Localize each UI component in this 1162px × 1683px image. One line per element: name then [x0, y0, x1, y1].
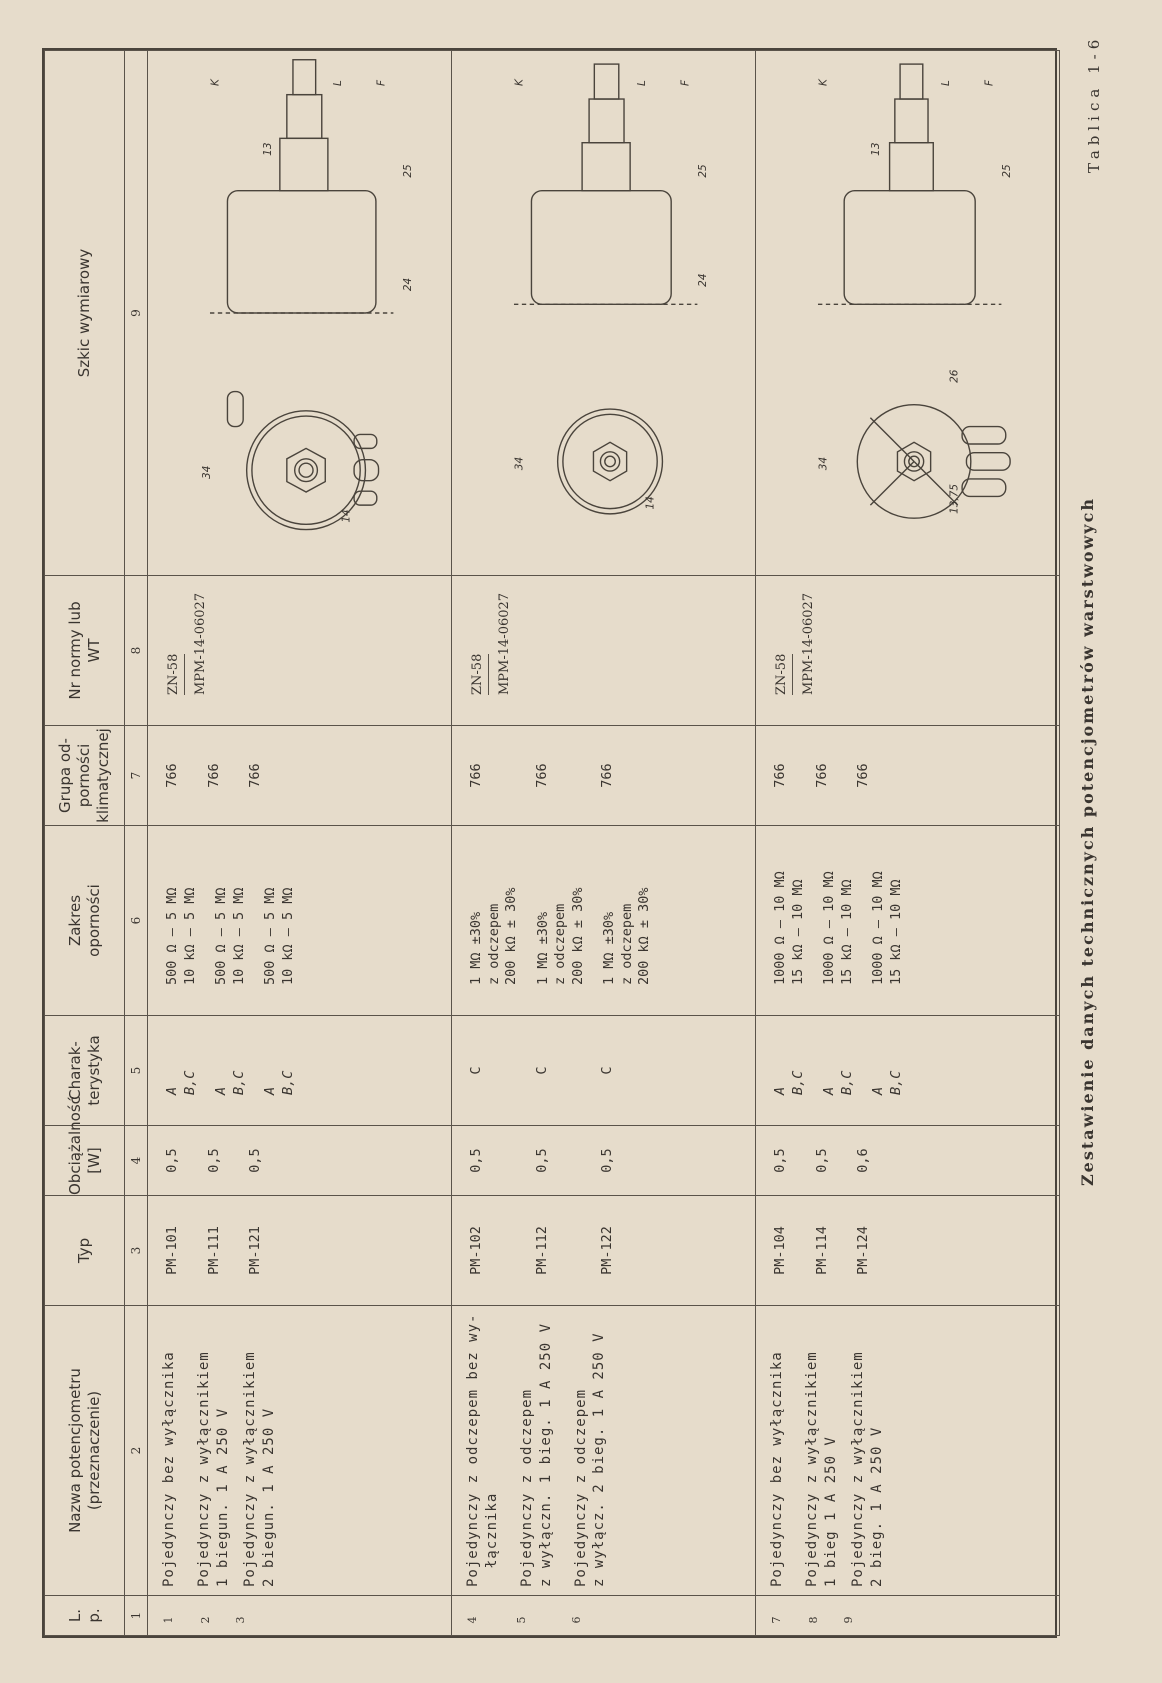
col-num-4: 4: [125, 1126, 148, 1196]
row-name: Pojedynczy z odczepem bez wy- łącznika: [464, 1306, 502, 1595]
norm-mpm: MPM-14-06027: [801, 593, 816, 695]
char-cell: C C C: [452, 1016, 756, 1126]
col-num-2: 2: [125, 1306, 148, 1596]
svg-text:13: 13: [262, 142, 274, 155]
col-num-7: 7: [125, 726, 148, 826]
row-climate-group: 766: [206, 726, 224, 825]
header-range: Zakresoporności: [45, 826, 125, 1016]
lp-cell: 1 2 3: [148, 1596, 452, 1636]
svg-text:K: K: [210, 78, 222, 86]
row-typ: PM-122: [599, 1196, 617, 1305]
norm-cell: ZN-58 MPM-14-06027: [452, 576, 756, 726]
row-load: 0,5: [772, 1126, 790, 1195]
col-num-9: 9: [125, 51, 148, 576]
column-number-row: 1 2 3 4 5 6 7 8 9: [125, 51, 148, 1636]
row-load: 0,5: [247, 1126, 265, 1195]
header-load: Obciążalność[W]: [45, 1126, 125, 1196]
svg-text:K: K: [514, 78, 526, 86]
char-cell: AB,C AB,C AB,C: [148, 1016, 452, 1126]
svg-text:F: F: [376, 79, 388, 86]
row-load: 0,5: [468, 1126, 486, 1195]
typ-cell: PM-104 PM-114 PM-124: [756, 1196, 1060, 1306]
row-number: 5: [515, 1605, 528, 1635]
range-cell: 1 MΩ ±30%z odczepem200 kΩ ± 30% 1 MΩ ±30…: [452, 826, 756, 1016]
row-climate-group: 766: [164, 726, 182, 825]
potentiometer-drawing-icon: 3414 2425 13KLF: [148, 51, 451, 575]
col-num-3: 3: [125, 1196, 148, 1306]
row-typ: PM-101: [164, 1196, 182, 1305]
row-number: 6: [570, 1605, 583, 1635]
row-number: 9: [842, 1605, 855, 1635]
row-range: 500 Ω — 5 MΩ10 kΩ — 5 MΩ: [262, 826, 297, 985]
row-name: Pojedynczy z odczepemz wyłączn. 1 bieg. …: [518, 1306, 556, 1595]
row-typ: PM-102: [468, 1196, 486, 1305]
dimension-sketch-2: 3414 2425 KLF: [452, 51, 756, 576]
row-name: Pojedynczy z odczepemz wyłącz. 2 bieg. 1…: [572, 1306, 610, 1595]
row-typ: PM-112: [534, 1196, 552, 1305]
svg-text:25: 25: [697, 164, 709, 178]
svg-text:13: 13: [870, 142, 882, 155]
row-char: AB,C: [870, 1016, 905, 1095]
header-sketch: Szkic wymiarowy: [45, 51, 125, 576]
row-climate-group: 766: [772, 726, 790, 825]
load-cell: 0,5 0,5 0,6: [756, 1126, 1060, 1196]
name-cell: Pojedynczy z odczepem bez wy- łącznika P…: [452, 1306, 756, 1596]
norm-zn: ZN-58: [774, 654, 793, 695]
row-char: AB,C: [772, 1016, 807, 1095]
name-cell: Pojedynczy bez wyłącznika Pojedynczy z w…: [756, 1306, 1060, 1596]
col-num-5: 5: [125, 1016, 148, 1126]
header-lp: L.p.: [45, 1596, 125, 1636]
table-caption: Zestawienie danych technicznych potencjo…: [1078, 0, 1097, 1683]
row-char: C: [534, 1016, 552, 1125]
row-number: 2: [199, 1605, 212, 1635]
lp-cell: 7 8 9: [756, 1596, 1060, 1636]
row-range: 1000 Ω — 10 MΩ15 kΩ — 10 MΩ: [870, 826, 905, 985]
row-name: Pojedynczy bez wyłącznika: [768, 1306, 787, 1595]
row-climate-group: 766: [855, 726, 873, 825]
row-load: 0,5: [814, 1126, 832, 1195]
row-range: 1000 Ω — 10 MΩ15 kΩ — 10 MΩ: [821, 826, 856, 985]
svg-text:25: 25: [402, 164, 414, 178]
table-group-3: 7 8 9 Pojedynczy bez wyłącznika Pojedync…: [756, 51, 1060, 1636]
row-char: AB,C: [821, 1016, 856, 1095]
col-num-1: 1: [125, 1596, 148, 1636]
header-name: Nazwa potencjometru(przeznaczenie): [45, 1306, 125, 1596]
climate-cell: 766 766 766: [452, 726, 756, 826]
svg-text:F: F: [984, 79, 996, 86]
row-load: 0,6: [855, 1126, 873, 1195]
header-typ: Typ: [45, 1196, 125, 1306]
header-characteristic: Charak-terystyka: [45, 1016, 125, 1126]
row-name: Pojedynczy z wyłącznikiem1 bieg 1 A 250 …: [803, 1306, 841, 1595]
svg-text:34: 34: [514, 457, 526, 470]
lp-cell: 4 5 6: [452, 1596, 756, 1636]
row-range: 1000 Ω — 10 MΩ15 kΩ — 10 MΩ: [772, 826, 807, 985]
char-cell: AB,C AB,C AB,C: [756, 1016, 1060, 1126]
norm-cell: ZN-58 MPM-14-06027: [148, 576, 452, 726]
row-climate-group: 766: [468, 726, 486, 825]
climate-cell: 766 766 766: [756, 726, 1060, 826]
svg-text:L: L: [940, 80, 952, 86]
row-climate-group: 766: [814, 726, 832, 825]
header-norm: Nr normy lubWT: [45, 576, 125, 726]
svg-text:L: L: [636, 80, 648, 86]
header-row: L.p. Nazwa potencjometru(przeznaczenie) …: [45, 51, 125, 1636]
svg-text:L: L: [332, 80, 344, 86]
row-name: Pojedynczy bez wyłącznika: [160, 1306, 179, 1595]
col-num-8: 8: [125, 576, 148, 726]
row-load: 0,5: [206, 1126, 224, 1195]
potentiometer-drawing-icon: 3414 2425 KLF: [452, 51, 755, 575]
climate-cell: 766 766 766: [148, 726, 452, 826]
load-cell: 0,5 0,5 0,5: [148, 1126, 452, 1196]
row-climate-group: 766: [534, 726, 552, 825]
svg-text:26: 26: [949, 369, 961, 383]
dimension-sketch-3: 3413,7526 2513 KLF: [756, 51, 1060, 576]
row-name: Pojedynczy z wyłącznikiem2 biegun. 1 A 2…: [241, 1306, 279, 1595]
svg-text:14: 14: [341, 509, 353, 522]
svg-text:34: 34: [201, 466, 213, 479]
row-char: AB,C: [262, 1016, 297, 1095]
col-num-6: 6: [125, 826, 148, 1016]
svg-text:K: K: [818, 78, 830, 86]
row-range: 1 MΩ ±30%z odczepem200 kΩ ± 30%: [468, 826, 521, 985]
svg-text:24: 24: [402, 278, 414, 291]
row-climate-group: 766: [247, 726, 265, 825]
row-climate-group: 766: [599, 726, 617, 825]
row-typ: PM-111: [206, 1196, 224, 1305]
name-cell: Pojedynczy bez wyłącznika Pojedynczy z w…: [148, 1306, 452, 1596]
typ-cell: PM-101 PM-111 PM-121: [148, 1196, 452, 1306]
row-typ: PM-121: [247, 1196, 265, 1305]
row-range: 500 Ω — 5 MΩ10 kΩ — 5 MΩ: [213, 826, 248, 985]
row-load: 0,5: [534, 1126, 552, 1195]
norm-zn: ZN-58: [166, 654, 185, 695]
row-typ: PM-104: [772, 1196, 790, 1305]
row-number: 7: [770, 1605, 783, 1635]
table-group-1: 1 2 3 Pojedynczy bez wyłącznika Pojedync…: [148, 51, 452, 1636]
row-char: C: [468, 1016, 486, 1125]
row-number: 8: [807, 1605, 820, 1635]
svg-text:34: 34: [818, 457, 830, 470]
norm-mpm: MPM-14-06027: [193, 593, 208, 695]
svg-text:25: 25: [1001, 164, 1013, 178]
row-number: 4: [466, 1605, 479, 1635]
load-cell: 0,5 0,5 0,5: [452, 1126, 756, 1196]
typ-cell: PM-102 PM-112 PM-122: [452, 1196, 756, 1306]
row-load: 0,5: [599, 1126, 617, 1195]
potentiometer-drawing-icon: 3413,7526 2513 KLF: [756, 51, 1059, 575]
svg-text:13,75: 13,75: [949, 484, 961, 514]
header-climate-group: Grupa od-pornościklimatycznej: [45, 726, 125, 826]
range-cell: 500 Ω — 5 MΩ10 kΩ — 5 MΩ 500 Ω — 5 MΩ10 …: [148, 826, 452, 1016]
row-number: 3: [234, 1605, 247, 1635]
row-load: 0,5: [164, 1126, 182, 1195]
row-name: Pojedynczy z wyłącznikiem1 biegun. 1 A 2…: [195, 1306, 233, 1595]
document-page: Tablica 1-6 Zestawienie danych techniczn…: [0, 0, 1162, 1683]
svg-text:F: F: [680, 79, 692, 86]
svg-text:14: 14: [645, 496, 657, 509]
row-char: C: [599, 1016, 617, 1125]
potentiometer-data-table: L.p. Nazwa potencjometru(przeznaczenie) …: [42, 48, 1057, 1638]
row-typ: PM-124: [855, 1196, 873, 1305]
row-range: 1 MΩ ±30%z odczepem200 kΩ ± 30%: [601, 826, 654, 985]
row-char: AB,C: [164, 1016, 199, 1095]
range-cell: 1000 Ω — 10 MΩ15 kΩ — 10 MΩ 1000 Ω — 10 …: [756, 826, 1060, 1016]
row-number: 1: [162, 1605, 175, 1635]
norm-zn: ZN-58: [470, 654, 489, 695]
svg-text:24: 24: [697, 273, 709, 286]
row-typ: PM-114: [814, 1196, 832, 1305]
row-range: 1 MΩ ±30%z odczepem200 kΩ ± 30%: [535, 826, 588, 985]
norm-cell: ZN-58 MPM-14-06027: [756, 576, 1060, 726]
row-char: AB,C: [213, 1016, 248, 1095]
dimension-sketch-1: 3414 2425 13KLF: [148, 51, 452, 576]
norm-mpm: MPM-14-06027: [497, 593, 512, 695]
row-range: 500 Ω — 5 MΩ10 kΩ — 5 MΩ: [164, 826, 199, 985]
table-group-2: 4 5 6 Pojedynczy z odczepem bez wy- łącz…: [452, 51, 756, 1636]
row-name: Pojedynczy z wyłącznikiem2 bieg. 1 A 250…: [849, 1306, 887, 1595]
